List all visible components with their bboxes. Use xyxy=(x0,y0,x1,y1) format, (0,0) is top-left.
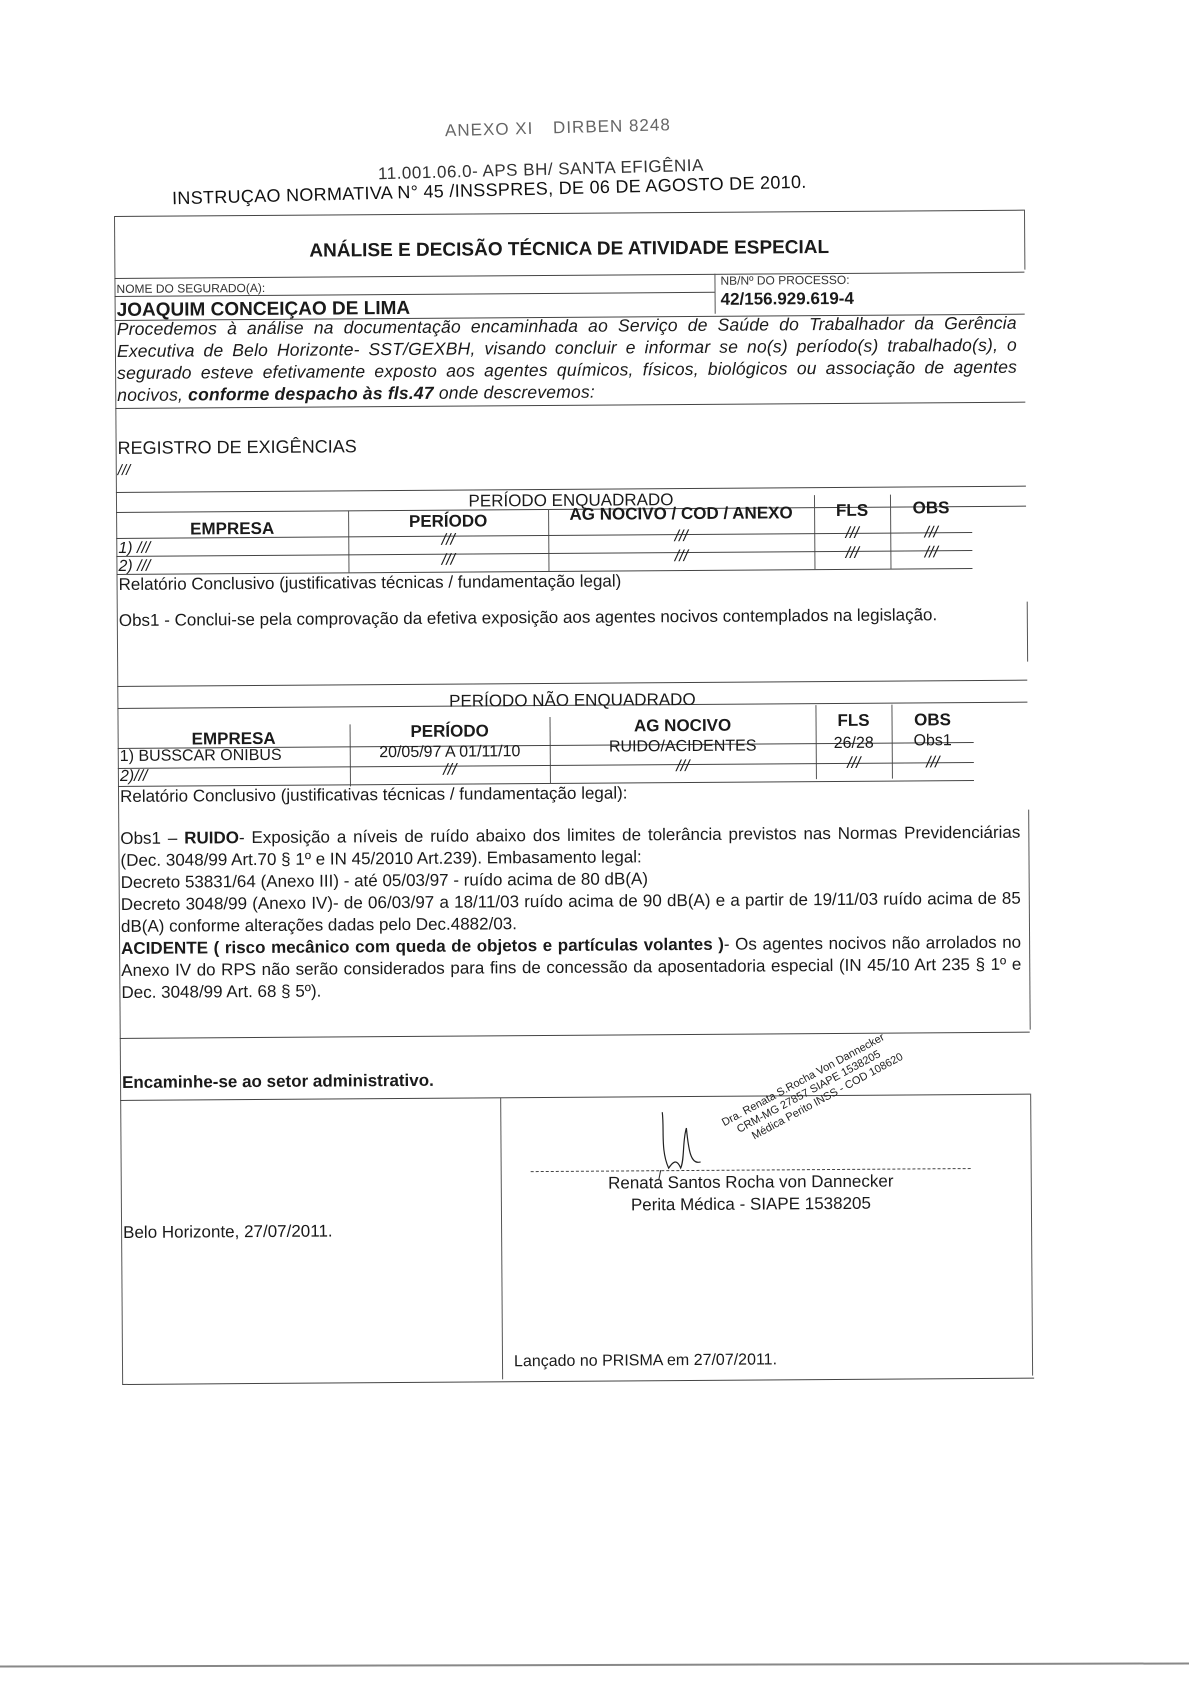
unframed-row1-fls: 26/28 xyxy=(816,735,892,754)
requirements-title: REGISTRO DE EXIGÊNCIAS xyxy=(118,436,357,459)
unframed-report-label: Relatório Conclusivo (justificativas téc… xyxy=(120,780,1020,808)
unframed-row1-agent: RUIDO/ACIDENTES xyxy=(550,737,816,757)
framed-row2-obs: /// xyxy=(890,544,972,563)
unframed-row1-obs: Obs1 xyxy=(892,732,974,751)
framed-row2-agent: /// xyxy=(548,547,814,567)
intro-end: onde descrevemos: xyxy=(434,382,595,403)
annex-label: ANEXO XI xyxy=(445,119,534,140)
framed-row1-obs: /// xyxy=(890,524,972,543)
signer-role: Perita Médica - SIAPE 1538205 xyxy=(531,1192,971,1217)
stamp-line-2: CRM-MG 27857 SIAPE 1538205 xyxy=(726,1039,899,1141)
legal-basis-2: Decreto 3048/99 (Anexo IV)- de 06/03/97 … xyxy=(121,888,1021,938)
insured-label: NOME DO SEGURADO(A): xyxy=(116,281,265,296)
unframed-row2-period: /// xyxy=(350,761,550,780)
analysis-form: ANÁLISE E DECISÃO TÉCNICA DE ATIVIDADE E… xyxy=(114,210,1032,1386)
doctor-stamp: Dra. Renata S.Rocha Von Dannecker CRM-MG… xyxy=(720,1028,906,1153)
col-header-agent-2: AG NOCIVO xyxy=(550,715,816,737)
prisma-entry: Lançado no PRISMA em 27/07/2011. xyxy=(514,1348,954,1373)
col-header-fls-2: FLS xyxy=(815,711,891,732)
col-header-agent: AG NOCIVO / COD / ANEXO xyxy=(548,503,814,525)
obs-ruido-text: - Exposição a níveis de ruído abaixo dos… xyxy=(120,823,1020,870)
intro-bold-ref: conforme despacho às fls.47 xyxy=(188,383,434,405)
framed-row1-fls: /// xyxy=(814,525,890,544)
framed-report-label: Relatório Conclusivo (justificativas téc… xyxy=(118,568,1018,596)
process-number: 42/156.929.619-4 xyxy=(721,289,854,310)
form-title: ANÁLISE E DECISÃO TÉCNICA DE ATIVIDADE E… xyxy=(114,236,1024,264)
framed-row2-fls: /// xyxy=(814,545,890,564)
signer-name: Renata Santos Rocha von Dannecker xyxy=(531,1170,971,1195)
dirben-label: DIRBEN 8248 xyxy=(553,115,671,137)
intro-paragraph: Procedemos à análise na documentação enc… xyxy=(117,312,1018,406)
framed-row1-period: /// xyxy=(348,531,548,550)
acidente-title: ACIDENTE ( risco mecânico com queda de o… xyxy=(121,935,724,958)
col-header-period-2: PERÍODO xyxy=(350,721,550,742)
signature-block: Dra. Renata S.Rocha Von Dannecker CRM-MG… xyxy=(500,1094,1032,1380)
annex-stamp: ANEXO XI DIRBEN 8248 xyxy=(445,115,685,141)
obs-prefix: Obs1 – xyxy=(120,829,184,848)
unframed-row1-company: 1) BUSSCAR ONIBUS xyxy=(120,747,282,766)
framed-row2-period: /// xyxy=(348,551,548,570)
unframed-row2-obs: /// xyxy=(892,754,974,773)
requirements-value: /// xyxy=(118,462,131,479)
unframed-row2-agent: /// xyxy=(550,757,816,777)
framed-row1-agent: /// xyxy=(548,527,814,547)
unframed-row2-fls: /// xyxy=(816,755,892,774)
col-header-fls: FLS xyxy=(814,501,890,522)
col-header-obs-2: OBS xyxy=(891,710,973,731)
place-date: Belo Horizonte, 27/07/2011. xyxy=(123,1219,483,1244)
col-header-obs: OBS xyxy=(890,498,972,519)
unframed-row1-period: 20/05/97 A 01/11/10 xyxy=(350,743,550,762)
unframed-obs: Obs1 – RUIDO- Exposição a níveis de ruíd… xyxy=(120,822,1021,1004)
scanned-document-page: ANEXO XI DIRBEN 8248 11.001.06.0- APS BH… xyxy=(0,0,1189,1682)
obs-ruido-title: RUIDO xyxy=(184,828,239,847)
unframed-row2-company: 2)/// xyxy=(120,768,148,786)
framed-obs: Obs1 - Conclui-se pela comprovação da ef… xyxy=(119,602,1019,634)
col-header-period: PERÍODO xyxy=(348,511,548,532)
process-label: NB/Nº DO PROCESSO: xyxy=(720,273,849,288)
page-bottom-edge xyxy=(0,1662,1189,1667)
